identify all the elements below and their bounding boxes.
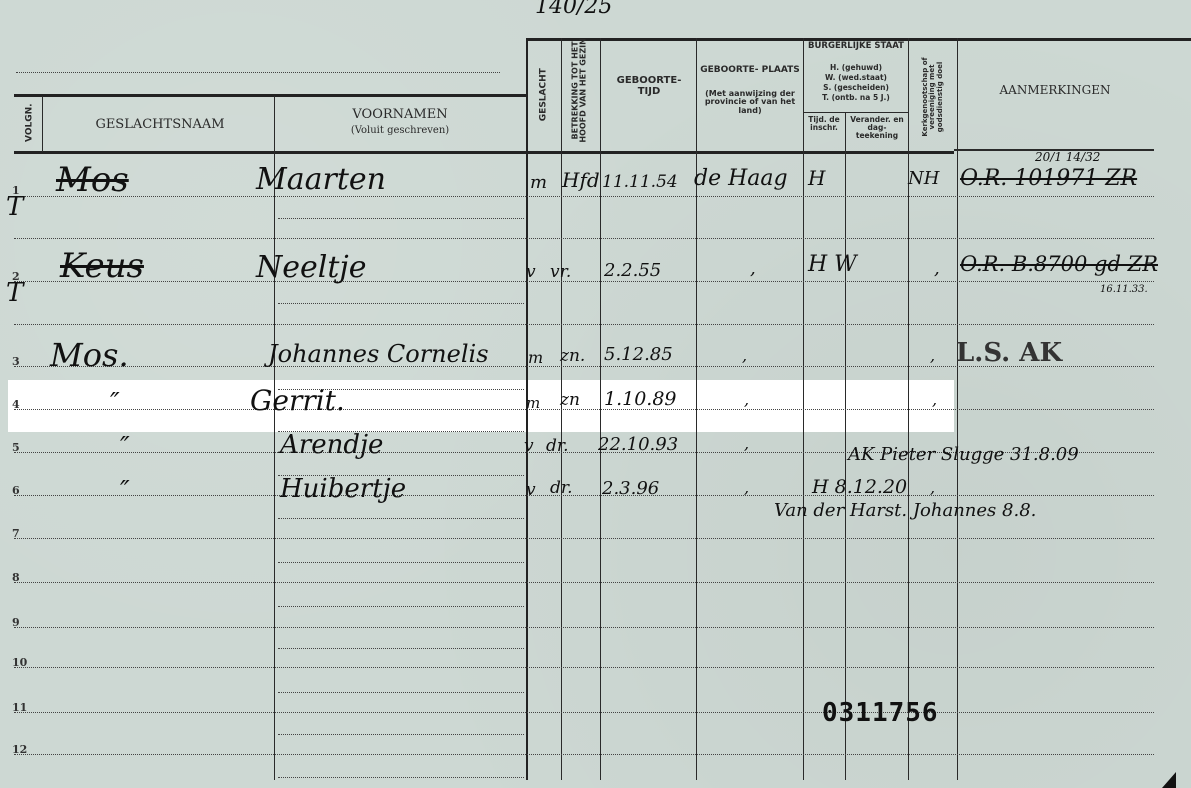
civil-status: H 8.12.20 [812,476,907,498]
row-subline [278,734,524,735]
header-kerkgenootschap: Kerkgenootschap of vereeniging met godsd… [922,46,944,148]
deceased-mark: T [6,192,23,222]
birthdate: 1.10.89 [604,388,677,410]
row-line [14,281,1154,282]
relation: zn. [560,346,585,366]
relation: zn [560,390,580,410]
row-line [14,495,1154,496]
header-betrekking: BETREKKING TOT HET HOOFD VAN HET GEZIN [572,35,589,145]
row-subline [278,518,524,519]
birthplace: , [744,390,749,409]
relation: dr. [546,436,569,456]
birthplace: de Haag [694,166,788,191]
row-line [14,238,1154,239]
corner-mark-icon [1162,772,1176,788]
relation: vr. [550,262,571,282]
row-highlight [8,380,954,432]
header-voornamen: VOORNAMEN [280,108,520,122]
given-names: Neeltje [256,250,366,285]
row-line [14,538,1154,539]
sex: v [524,436,534,456]
birthdate: 2.3.96 [602,478,659,499]
row-subline [278,562,524,563]
stamp-number: 0311756 [822,698,939,728]
religion: , [930,346,935,365]
header-volgno: VOLGN. [25,103,34,143]
birthdate: 11.11.54 [602,172,678,192]
row-subline [278,692,524,693]
row-number: 9 [12,616,20,629]
deceased-mark: T [6,278,23,308]
row-subline [278,648,524,649]
header-left-top-border [14,94,528,97]
row-number: 3 [12,355,20,368]
col-divider [274,96,275,780]
header-bs-h: H. (gehuwd) [805,64,907,72]
header-verander: Verander. en dag- teekening [846,116,908,140]
header-tijd-inschr: Tijd. de inschr. [804,116,844,132]
col-divider [845,112,846,780]
header-voornamen-sub: (Voluit geschreven) [280,126,520,137]
remarks: O.R. B.8700 gd ZR [960,252,1158,276]
surname: Mos. [50,336,129,374]
religion: NH [908,168,939,189]
civil-status: H [808,166,825,190]
remarks: Van der Harst. Johannes 8.8. [774,500,1036,521]
row-number: 10 [12,656,27,669]
row-number: 7 [12,527,20,540]
row-line [14,754,1154,755]
religion: , [934,258,940,279]
religion: , [932,390,937,409]
relation: Hfd [562,168,600,192]
remarks: AK Pieter Slugge 31.8.09 [848,444,1079,465]
surname-ditto: ″ [120,432,130,462]
row-number: 5 [12,441,20,454]
surname: Mos [56,160,129,200]
birthplace: , [742,346,747,365]
row-number: 11 [12,701,27,714]
header-bs-w: W. (wed.staat) [805,74,907,82]
given-names: Johannes Cornelis [268,340,489,368]
header-dotted-line [16,72,500,73]
header-geslachtsnaam: GESLACHTSNAAM [50,118,270,132]
birthdate: 2.2.55 [604,260,661,281]
header-geslacht: GESLACHT [539,45,548,145]
header-bottom-border [14,151,954,154]
remarks: L.S. AK [956,338,1062,368]
surname-ditto: ″ [120,476,130,506]
religion: , [930,478,935,497]
given-names: Gerrit. [250,384,345,417]
header-geboorteplaats-sub: (Met aanwijzing der provincie of van het… [702,90,798,115]
row-line [14,627,1154,628]
row-line [14,667,1154,668]
header-bs-s: S. (gescheiden) [805,84,907,92]
row-line [14,409,1154,410]
row-number: 8 [12,571,20,584]
sex: v [526,262,536,282]
row-subline [278,777,524,778]
birthplace: , [744,478,749,497]
header-aanmerkingen: AANMERKINGEN [960,84,1150,97]
header-burgerlijke-staat: BURGERLIJKE STAAT [805,42,907,51]
row-line [14,712,1154,713]
sex: m [530,172,547,193]
row-number: 4 [12,398,20,411]
relation: dr. [550,478,573,498]
col-divider [42,96,43,152]
remarks-date: 16.11.33. [1100,284,1148,295]
row-line [14,324,1154,325]
given-names: Arendje [280,430,383,460]
row-line [14,582,1154,583]
header-step-line [526,38,528,96]
sex: m [526,394,540,412]
row-subline [278,303,524,304]
burgerlijke-staat-divider [803,112,908,113]
given-names: Maarten [256,162,386,197]
top-annotation: 140/25 [535,0,612,19]
remarks: O.R. 101971 ZR [960,166,1137,191]
birthplace: , [744,434,749,453]
header-bs-t: T. (ontb. na 5 J.) [805,94,907,102]
row-line [14,196,1154,197]
sex: m [528,348,543,367]
birthplace: , [750,258,756,279]
given-names: Huibertje [280,474,406,504]
surname-ditto: ″ [110,388,120,418]
row-number: 12 [12,743,27,756]
row-number: 6 [12,484,20,497]
birthdate: 5.12.85 [604,344,673,365]
surname: Keus [60,246,144,286]
remarks-top: 20/1 14/32 [1035,150,1100,164]
civil-status: H W [808,252,857,277]
sex: v [526,480,536,500]
header-geboortetijd: GEBOORTE- TIJD [604,76,694,97]
header-geboorteplaats: GEBOORTE- PLAATS [700,66,800,75]
row-subline [278,606,524,607]
population-register-card: 140/25 VOLGN. GESLACHTSNAAM VOORNAMEN (V… [0,0,1191,788]
birthdate: 22.10.93 [598,434,678,455]
row-subline [278,218,524,219]
